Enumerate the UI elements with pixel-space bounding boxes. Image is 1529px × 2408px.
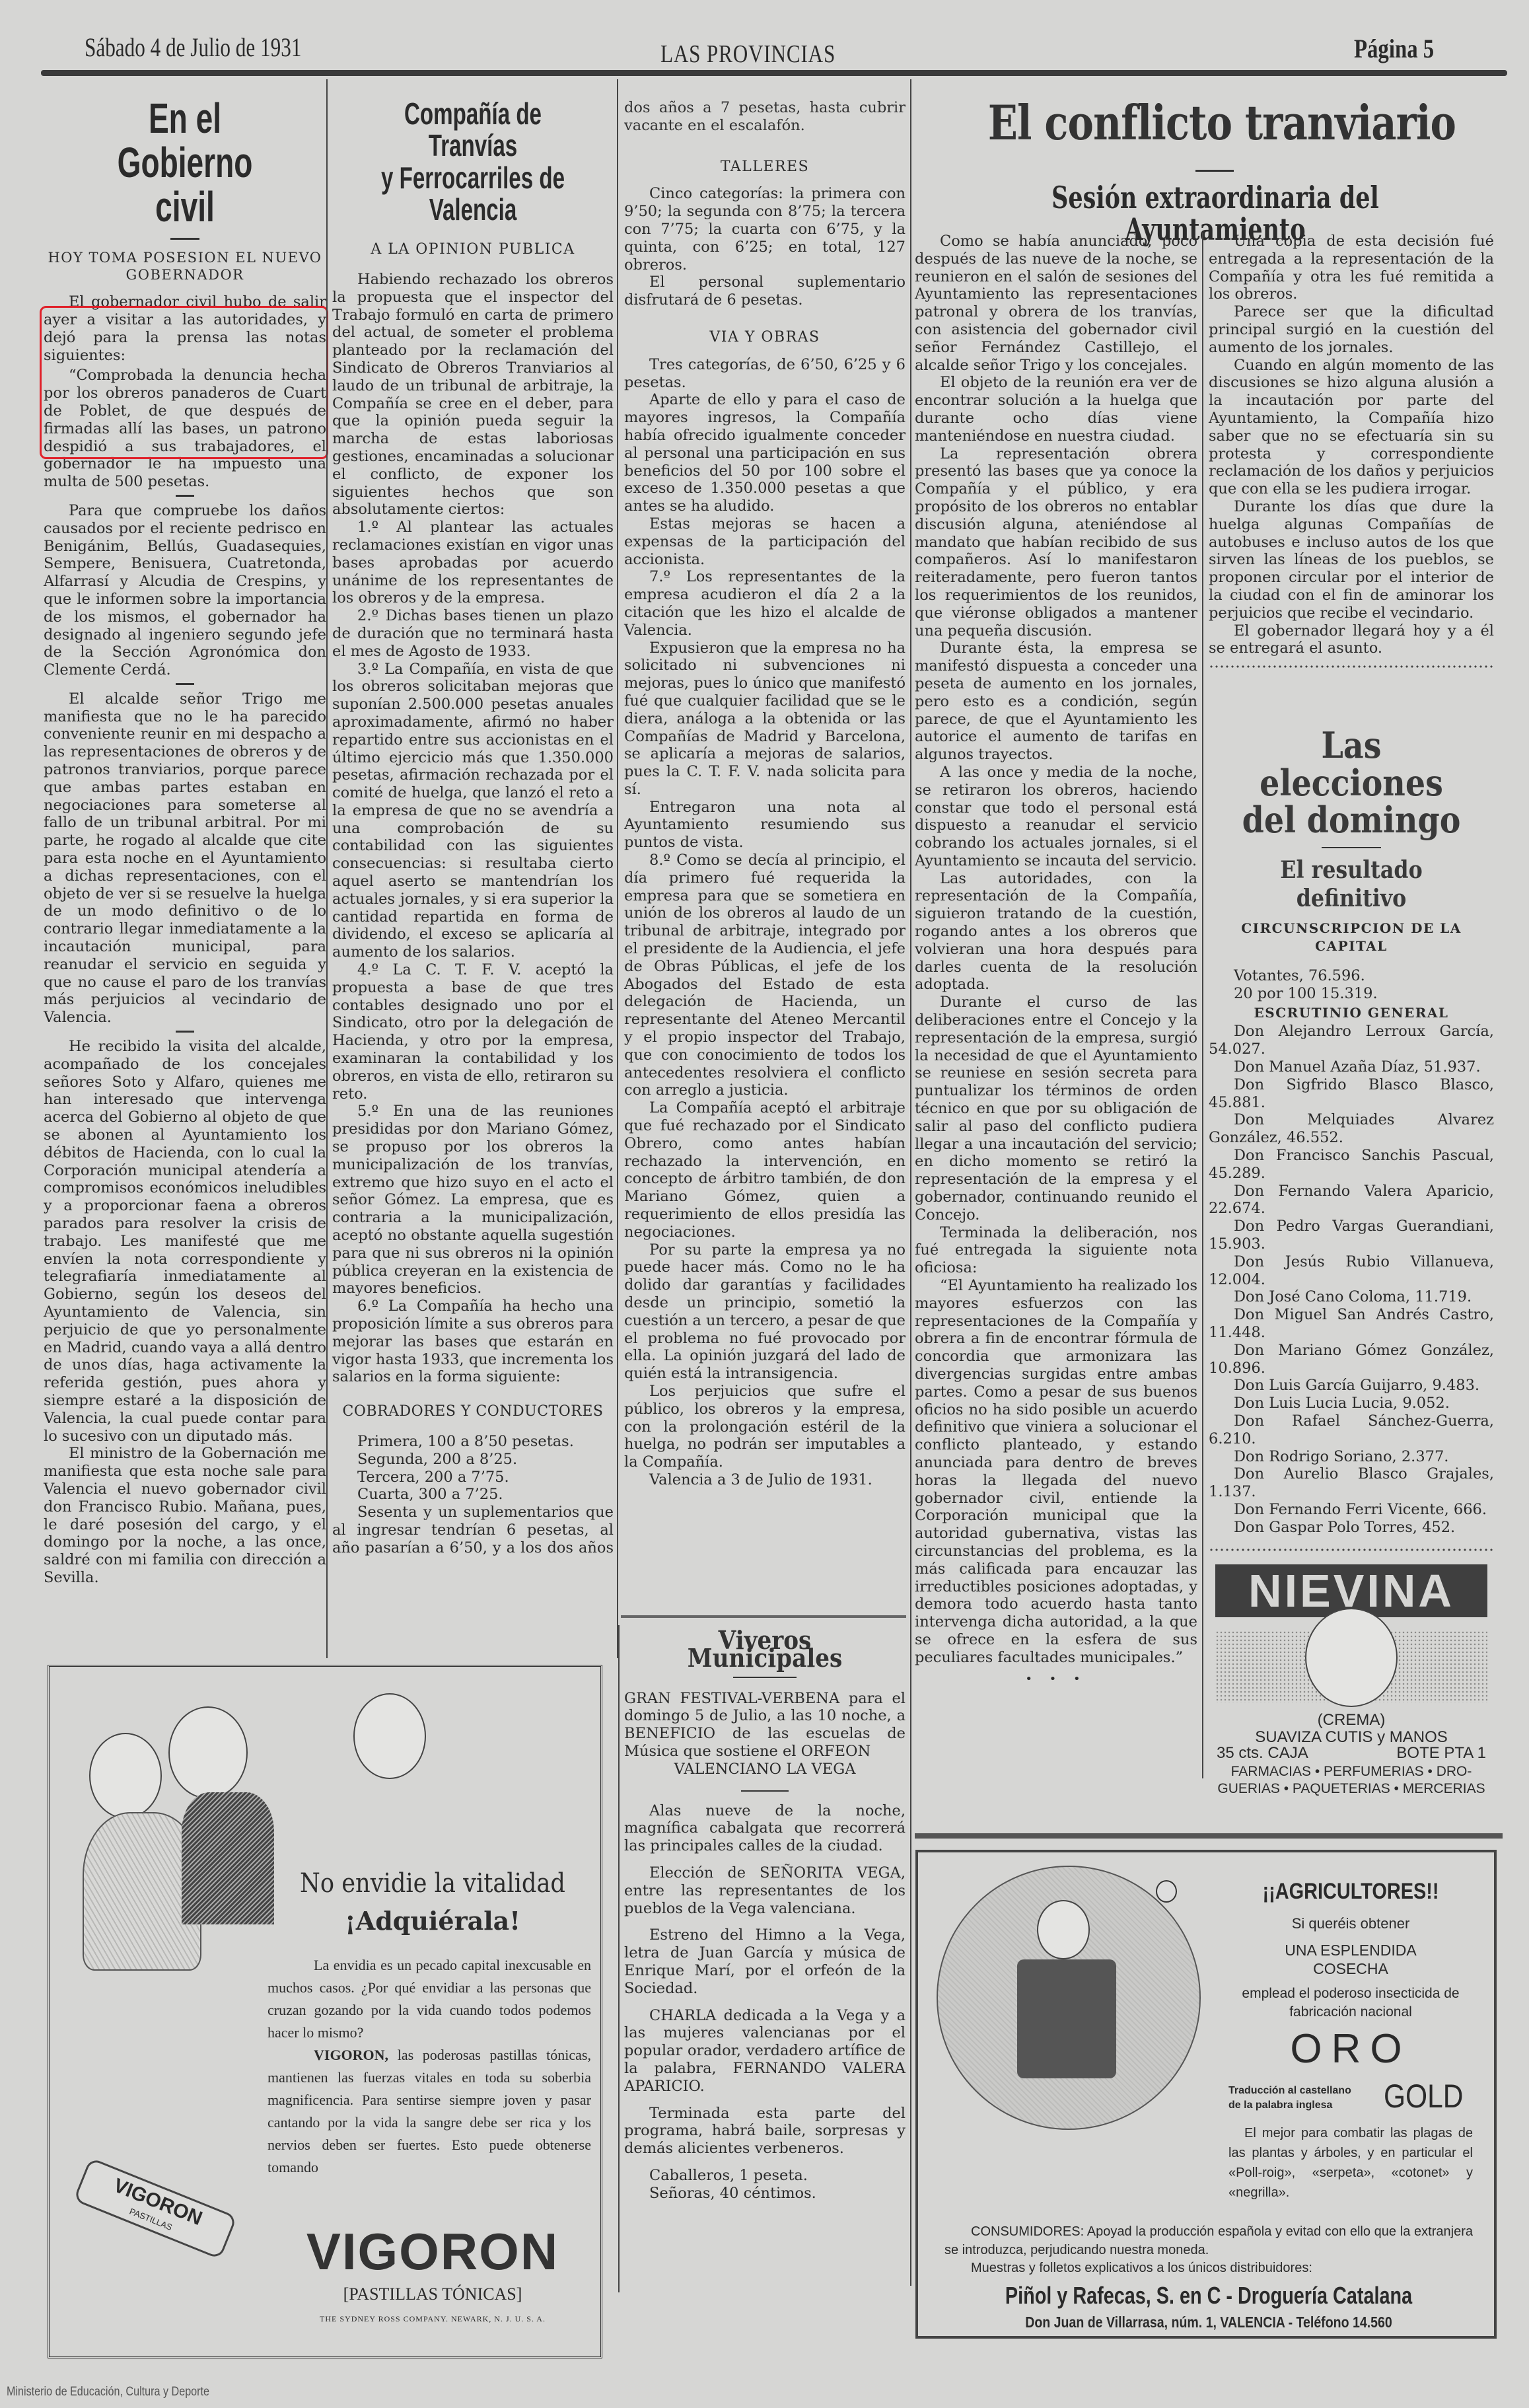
candidate-votes: 22.674 <box>1209 1200 1261 1217</box>
candidate-name: Don Fernando Valera Aparicio <box>1234 1183 1489 1200</box>
article-subhead: A LA OPINION PUBLICA <box>332 241 614 259</box>
article-subtitle: El resultado definitivo <box>1226 856 1477 913</box>
votantes: Votantes, 76.596. <box>1209 967 1494 985</box>
divider <box>176 683 194 685</box>
ad-line: UNA ESPLENDIDA <box>1222 1942 1479 1959</box>
ad-samples: Muestras y folletos explicativos a los ú… <box>971 2261 1473 2276</box>
candidate-row: Don Francisco Sanchis Pascual, 45.289. <box>1209 1147 1494 1183</box>
paragraph: Expusieron que la empresa no ha solicita… <box>624 639 906 799</box>
dotted-divider <box>1209 664 1494 669</box>
paragraph: Estreno del Himno a la Vega, letra de Ju… <box>624 1926 906 1997</box>
fruit-illustration <box>1156 1880 1177 1903</box>
ad-consumers: CONSUMIDORES: Apoyad la producción españ… <box>944 2222 1473 2259</box>
ad-agricultores: ¡¡AGRICULTORES!! Si queréis obtener UNA … <box>915 1850 1497 2339</box>
paragraph: Sesenta y un suplementarios que al ingre… <box>332 1504 614 1556</box>
ad-brand-sub: [PASTILLAS TÓNICAS] <box>267 2284 598 2304</box>
ad-price-bote: BOTE PTA 1 <box>1396 1744 1486 1763</box>
woman-face-illustration <box>1305 1608 1398 1707</box>
ad-vigoron: VIGORON PASTILLAS No envidie la vitalida… <box>48 1665 602 2358</box>
article-subhead: HOY TOMA POSESION EL NUEVO GOBERNADOR <box>44 249 326 285</box>
section-rule <box>915 1833 1503 1839</box>
price-line: Caballeros, 1 peseta. <box>624 2167 906 2185</box>
farmer-illustration <box>937 1866 1201 2130</box>
paragraph: Aparte de ello y para el caso de mayores… <box>624 391 906 515</box>
ad-body-text: La envidia es un pecado capital inexcusa… <box>267 1954 591 2044</box>
candidate-row: Don Aurelio Blasco Grajales, 1.137. <box>1209 1465 1494 1501</box>
paragraph: Cuando en algún momento de las discusion… <box>1209 357 1494 498</box>
candidate-row: Don Manuel Azaña Díaz, 51.937. <box>1209 1058 1494 1076</box>
article-title: Compañía de Tranvías y Ferrocarriles de … <box>372 98 575 225</box>
candidate-name: Don Fernando Ferri Vicente <box>1234 1501 1444 1518</box>
candidate-row: Don Gaspar Polo Torres, 452. <box>1209 1519 1494 1537</box>
ad-line: emplead el poderoso insecticida de fabri… <box>1228 1985 1473 2022</box>
paragraph-nota-oficiosa: “El Ayuntamiento ha realizado los mayore… <box>915 1277 1197 1667</box>
paragraph: El ministro de la Gobernación me manifie… <box>44 1445 326 1586</box>
candidate-votes: 11.448 <box>1209 1324 1261 1341</box>
candidate-votes: 45.881 <box>1209 1094 1261 1111</box>
paragraph: Durante ésta, la empresa se manifestó di… <box>915 639 1197 764</box>
candidate-votes: 10.896 <box>1209 1360 1261 1377</box>
candidate-name: Don Miguel San Andrés Castro <box>1234 1306 1489 1323</box>
vigoron-tin-illustration: VIGORON PASTILLAS <box>73 2158 238 2260</box>
article-title: En el Gobierno civil <box>83 96 287 230</box>
paragraph: Por su parte la empresa ya no puede hace… <box>624 1241 906 1383</box>
section-rule <box>621 1615 906 1618</box>
paragraph: 1.º Al plantear las actuales reclamacion… <box>332 519 614 607</box>
candidate-name: Don Manuel Azaña Díaz <box>1234 1058 1414 1076</box>
newspaper-name: LAS PROVINCIAS <box>660 40 836 69</box>
candidate-votes: 51.937 <box>1424 1058 1476 1076</box>
paragraph: 6.º La Compañía ha hecho una proposición… <box>332 1297 614 1386</box>
paragraph: El alcalde señor Trigo me manifiesta que… <box>44 690 326 1027</box>
candidate-row: Don Sigfrido Blasco Blasco, 45.881. <box>1209 1076 1494 1112</box>
paragraph: He recibido la visita del alcalde, acomp… <box>44 1038 326 1445</box>
article-compania-tranvias: Compañía de Tranvías y Ferrocarriles de … <box>332 91 614 1556</box>
candidate-name: Don Rafael Sánchez-Guerra <box>1234 1412 1489 1430</box>
candidate-votes: 666 <box>1454 1501 1482 1518</box>
divider <box>176 1031 194 1033</box>
paragraph: 8.º Como se decía al principio, el día p… <box>624 852 906 1099</box>
paragraph: 5.º En una de las reuniones presididas p… <box>332 1103 614 1297</box>
candidate-name: Don José Cano Coloma <box>1234 1288 1405 1305</box>
ad-body: La envidia es un pecado capital inexcusa… <box>267 1954 591 2179</box>
candidate-name: Don Mariano Gómez González <box>1234 1342 1489 1359</box>
ad-translation: Traducción al castellano de la palabra i… <box>1228 2084 1361 2113</box>
paragraph: 4.º La C. T. F. V. aceptó la propuesta a… <box>332 961 614 1103</box>
wage-line: Segunda, 200 a 8’25. <box>332 1451 614 1469</box>
wage-line: Cuarta, 300 a 7’25. <box>332 1486 614 1504</box>
paragraph: Durante los días que dure la huelga algu… <box>1209 498 1494 622</box>
section-head-via-obras: VIA Y OBRAS <box>624 329 906 347</box>
price-line: Señoras, 40 céntimos. <box>624 2185 906 2203</box>
divider <box>1195 170 1234 172</box>
archive-credit: Ministerio de Educación, Cultura y Depor… <box>7 2385 209 2399</box>
ad-outlets: FARMACIAS • PERFUMERIAS • DRO- <box>1215 1764 1487 1780</box>
divider <box>741 1790 789 1792</box>
candidate-votes: 1.137 <box>1209 1483 1251 1500</box>
ad-distributor: Piñol y Rafecas, S. en C - Droguería Cat… <box>997 2282 1420 2310</box>
candidate-row: Don Rodrigo Soriano, 2.377. <box>1209 1448 1494 1466</box>
candidate-name: Don Rodrigo Soriano <box>1234 1448 1392 1465</box>
header-rule <box>41 70 1507 76</box>
column-rule <box>326 79 328 1658</box>
candidate-name: Don Gaspar Polo Torres <box>1234 1519 1413 1536</box>
column-rule <box>910 79 911 2286</box>
end-mark: • • • <box>915 1671 1197 1689</box>
candidate-votes: 9.052 <box>1402 1395 1444 1412</box>
candidate-name: Don Melquiades Alvarez González <box>1209 1111 1494 1146</box>
paragraph: El gobernador llegará hoy y a él se entr… <box>1209 622 1494 658</box>
ad-address: Don Juan de Villarrasa, núm. 1, VALENCIA… <box>984 2314 1433 2331</box>
paragraph: Durante el curso de las deliberaciones e… <box>915 994 1197 1223</box>
festival-intro: GRAN FESTIVAL-VERBENA para el domingo 5 … <box>624 1690 906 1761</box>
column-rule <box>618 1625 620 2292</box>
paragraph-continued: dos años a 7 pesetas, hasta cubrir vacan… <box>624 99 906 135</box>
ad-body-brand: VIGORON, <box>314 2047 388 2063</box>
candidate-row: Don Alejandro Lerroux García, 54.027. <box>1209 1023 1494 1058</box>
candidate-votes: 46.552 <box>1287 1129 1339 1146</box>
candidate-votes: 54.027 <box>1209 1040 1261 1058</box>
escrutinio-head: ESCRUTINIO GENERAL <box>1209 1004 1494 1022</box>
divider <box>170 238 199 240</box>
twenty-percent: 20 por 100 15.319. <box>1209 985 1494 1003</box>
article-viveros: Viveros Municipales GRAN FESTIVAL-VERBEN… <box>624 1632 906 2203</box>
paragraph: El objeto de la reunión era ver de encon… <box>915 374 1197 445</box>
man-jacket-illustration <box>182 1792 274 1924</box>
paragraph: Terminada esta parte del programa, habrá… <box>624 2105 906 2158</box>
article-elecciones: Las elecciones del domingo El resultado … <box>1209 727 1494 1559</box>
wage-line: Tercera, 200 a 7’75. <box>332 1469 614 1486</box>
article-compania-continued: dos años a 7 pesetas, hasta cubrir vacan… <box>624 99 906 1489</box>
paragraph: Los perjuicios que sufre el público, los… <box>624 1383 906 1471</box>
ad-product: ORO <box>1222 2025 1479 2072</box>
ad-outlets: GUERIAS • PAQUETERIAS • MERCERIAS <box>1215 1781 1487 1797</box>
district-head: CIRCUNSCRIPCION DE LA CAPITAL <box>1209 920 1494 955</box>
ad-line: COSECHA <box>1222 1960 1479 1978</box>
candidate-votes: 9.483 <box>1432 1377 1474 1394</box>
paragraph: Cinco categorías: la primera con 9’50; l… <box>624 185 906 274</box>
paragraph: Una copia de esta decisión fué entregada… <box>1209 233 1494 303</box>
candidate-name: Don Luis Lucia Lucia <box>1234 1395 1393 1412</box>
paragraph: Entregaron una nota al Ayuntamiento resu… <box>624 799 906 852</box>
second-woman-head-illustration <box>353 1693 426 1779</box>
paragraph: El personal suplementario disfrutará de … <box>624 274 906 309</box>
paragraph: CHARLA dedicada a la Vega y a las mujere… <box>624 2007 906 2096</box>
divider <box>176 495 194 497</box>
paragraph: Terminada la deliberación, nos fué entre… <box>915 1224 1197 1277</box>
candidate-row: Don Luis García Guijarro, 9.483. <box>1209 1377 1494 1395</box>
paragraph: Alas nueve de la noche, magnífica cabalg… <box>624 1802 906 1855</box>
candidate-list: Don Alejandro Lerroux García, 54.027.Don… <box>1209 1023 1494 1536</box>
candidate-row: Don Mariano Gómez González, 10.896. <box>1209 1342 1494 1377</box>
candidate-votes: 12.004 <box>1209 1271 1261 1288</box>
paragraph: Las autoridades, con la representación d… <box>915 870 1197 994</box>
paragraph: La representación obrera presentó las ba… <box>915 445 1197 640</box>
ad-price-caja: 35 cts. CAJA <box>1217 1744 1308 1763</box>
page-header: Sábado 4 de Julio de 1931 LAS PROVINCIAS… <box>0 0 1529 73</box>
candidate-votes: 452 <box>1422 1519 1450 1536</box>
dotted-divider <box>1209 1547 1494 1552</box>
paragraph: Como se había anunciado, poco después de… <box>915 233 1197 374</box>
ad-headline: ¡¡AGRICULTORES!! <box>1241 1879 1460 1905</box>
article-title: El conflicto tranviario <box>973 99 1471 147</box>
candidate-row: Don Luis Lucia Lucia, 9.052. <box>1209 1395 1494 1412</box>
ad-brand: VIGORON <box>267 2222 598 2282</box>
ad-product-en: GOLD <box>1384 2077 1463 2115</box>
conflicto-col-left: Como se había anunciado, poco después de… <box>915 233 1197 1688</box>
paragraph: Parece ser que la dificultad principal s… <box>1209 303 1494 356</box>
divider <box>733 1677 797 1678</box>
highlight-annotation <box>40 306 328 459</box>
candidate-row: Don Jesús Rubio Villanueva, 12.004. <box>1209 1253 1494 1289</box>
woman-head-illustration <box>89 1733 162 1819</box>
candidate-name: Don Pedro Vargas Guerandiani <box>1234 1218 1489 1235</box>
paragraph: Elección de SEÑORITA VEGA, entre las rep… <box>624 1864 906 1917</box>
signoff: Valencia a 3 de Julio de 1931. <box>624 1471 906 1489</box>
page-number: Página 5 <box>1354 33 1434 64</box>
conflicto-col-right: Una copia de esta decisión fué entregada… <box>1209 233 1494 676</box>
divider <box>1322 847 1381 848</box>
ad-product: (CREMA) <box>1215 1711 1487 1730</box>
wage-line: Primera, 100 a 8’50 pesetas. <box>332 1433 614 1451</box>
ad-nievina: NIEVINA (CREMA) SUAVIZA CUTIS y MANOS 35… <box>1215 1564 1487 1802</box>
ad-use: El mejor para combatir las plagas de las… <box>1228 2123 1473 2203</box>
candidate-name: Don Francisco Sanchis Pascual <box>1234 1147 1489 1164</box>
ad-maker: THE SYDNEY ROSS COMPANY. NEWARK, N. J. U… <box>267 2314 598 2324</box>
candidate-row: Don Fernando Ferri Vicente, 666. <box>1209 1501 1494 1519</box>
candidate-name: Don Luis García Guijarro <box>1234 1377 1423 1394</box>
candidate-votes: 6.210 <box>1209 1430 1251 1447</box>
paragraph: 2.º Dichas bases tienen un plazo de dura… <box>332 607 614 660</box>
paragraph: Para que compruebe los daños causados po… <box>44 502 326 679</box>
candidate-votes: 15.903 <box>1209 1235 1261 1253</box>
article-title: Viveros Municipales <box>638 1632 891 1667</box>
ad-body-text: las poderosas pastillas tónicas, mantien… <box>267 2047 591 2175</box>
section-head-cobradores: COBRADORES Y CONDUCTORES <box>332 1403 614 1421</box>
candidate-row: Don Pedro Vargas Guerandiani, 15.903. <box>1209 1218 1494 1253</box>
candidate-row: Don Rafael Sánchez-Guerra, 6.210. <box>1209 1412 1494 1448</box>
ad-line: Si queréis obtener <box>1222 1915 1479 1932</box>
farmer-vest-illustration <box>1017 1959 1116 2078</box>
candidate-row: Don Fernando Valera Aparicio, 22.674. <box>1209 1183 1494 1218</box>
column-rule <box>617 79 618 1658</box>
paragraph: Habiendo rechazado los obreros la propue… <box>332 271 614 519</box>
paragraph: Estas mejoras se hacen a expensas de la … <box>624 515 906 568</box>
paragraph: A las once y media de la noche, se retir… <box>915 764 1197 870</box>
issue-date: Sábado 4 de Julio de 1931 <box>85 32 301 63</box>
candidate-row: Don José Cano Coloma, 11.719. <box>1209 1288 1494 1306</box>
candidate-votes: 45.289 <box>1209 1165 1261 1182</box>
paragraph: La Compañía aceptó el arbitraje que fué … <box>624 1099 906 1241</box>
column-rule <box>1202 233 1203 1778</box>
man-head-illustration <box>168 1706 248 1799</box>
candidate-votes: 11.719 <box>1415 1288 1467 1305</box>
section-head-talleres: TALLERES <box>624 159 906 176</box>
ad-subheadline: ¡Adquiérala! <box>267 1906 598 1936</box>
paragraph: 3.º La Compañía, en vista de que los obr… <box>332 661 614 962</box>
candidate-name: Don Alejandro Lerroux García <box>1234 1023 1489 1040</box>
candidate-name: Don Aurelio Blasco Grajales <box>1234 1465 1489 1482</box>
candidate-name: Don Sigfrido Blasco Blasco <box>1234 1076 1489 1093</box>
farmer-head-illustration <box>1037 1900 1090 1959</box>
candidate-votes: 2.377 <box>1402 1448 1444 1465</box>
paragraph: 7.º Los representantes de la empresa acu… <box>624 568 906 639</box>
candidate-name: Don Jesús Rubio Villanueva <box>1234 1253 1489 1270</box>
candidate-row: Don Melquiades Alvarez González, 46.552. <box>1209 1111 1494 1147</box>
paragraph: Tres categorías, de 6’50, 6’25 y 6 peset… <box>624 356 906 392</box>
festival-intro-center: VALENCIANO LA VEGA <box>624 1761 906 1778</box>
candidate-row: Don Miguel San Andrés Castro, 11.448. <box>1209 1306 1494 1342</box>
ad-headline: No envidie la vitalidad <box>287 1868 578 1899</box>
article-title: Las elecciones del domingo <box>1226 727 1477 839</box>
